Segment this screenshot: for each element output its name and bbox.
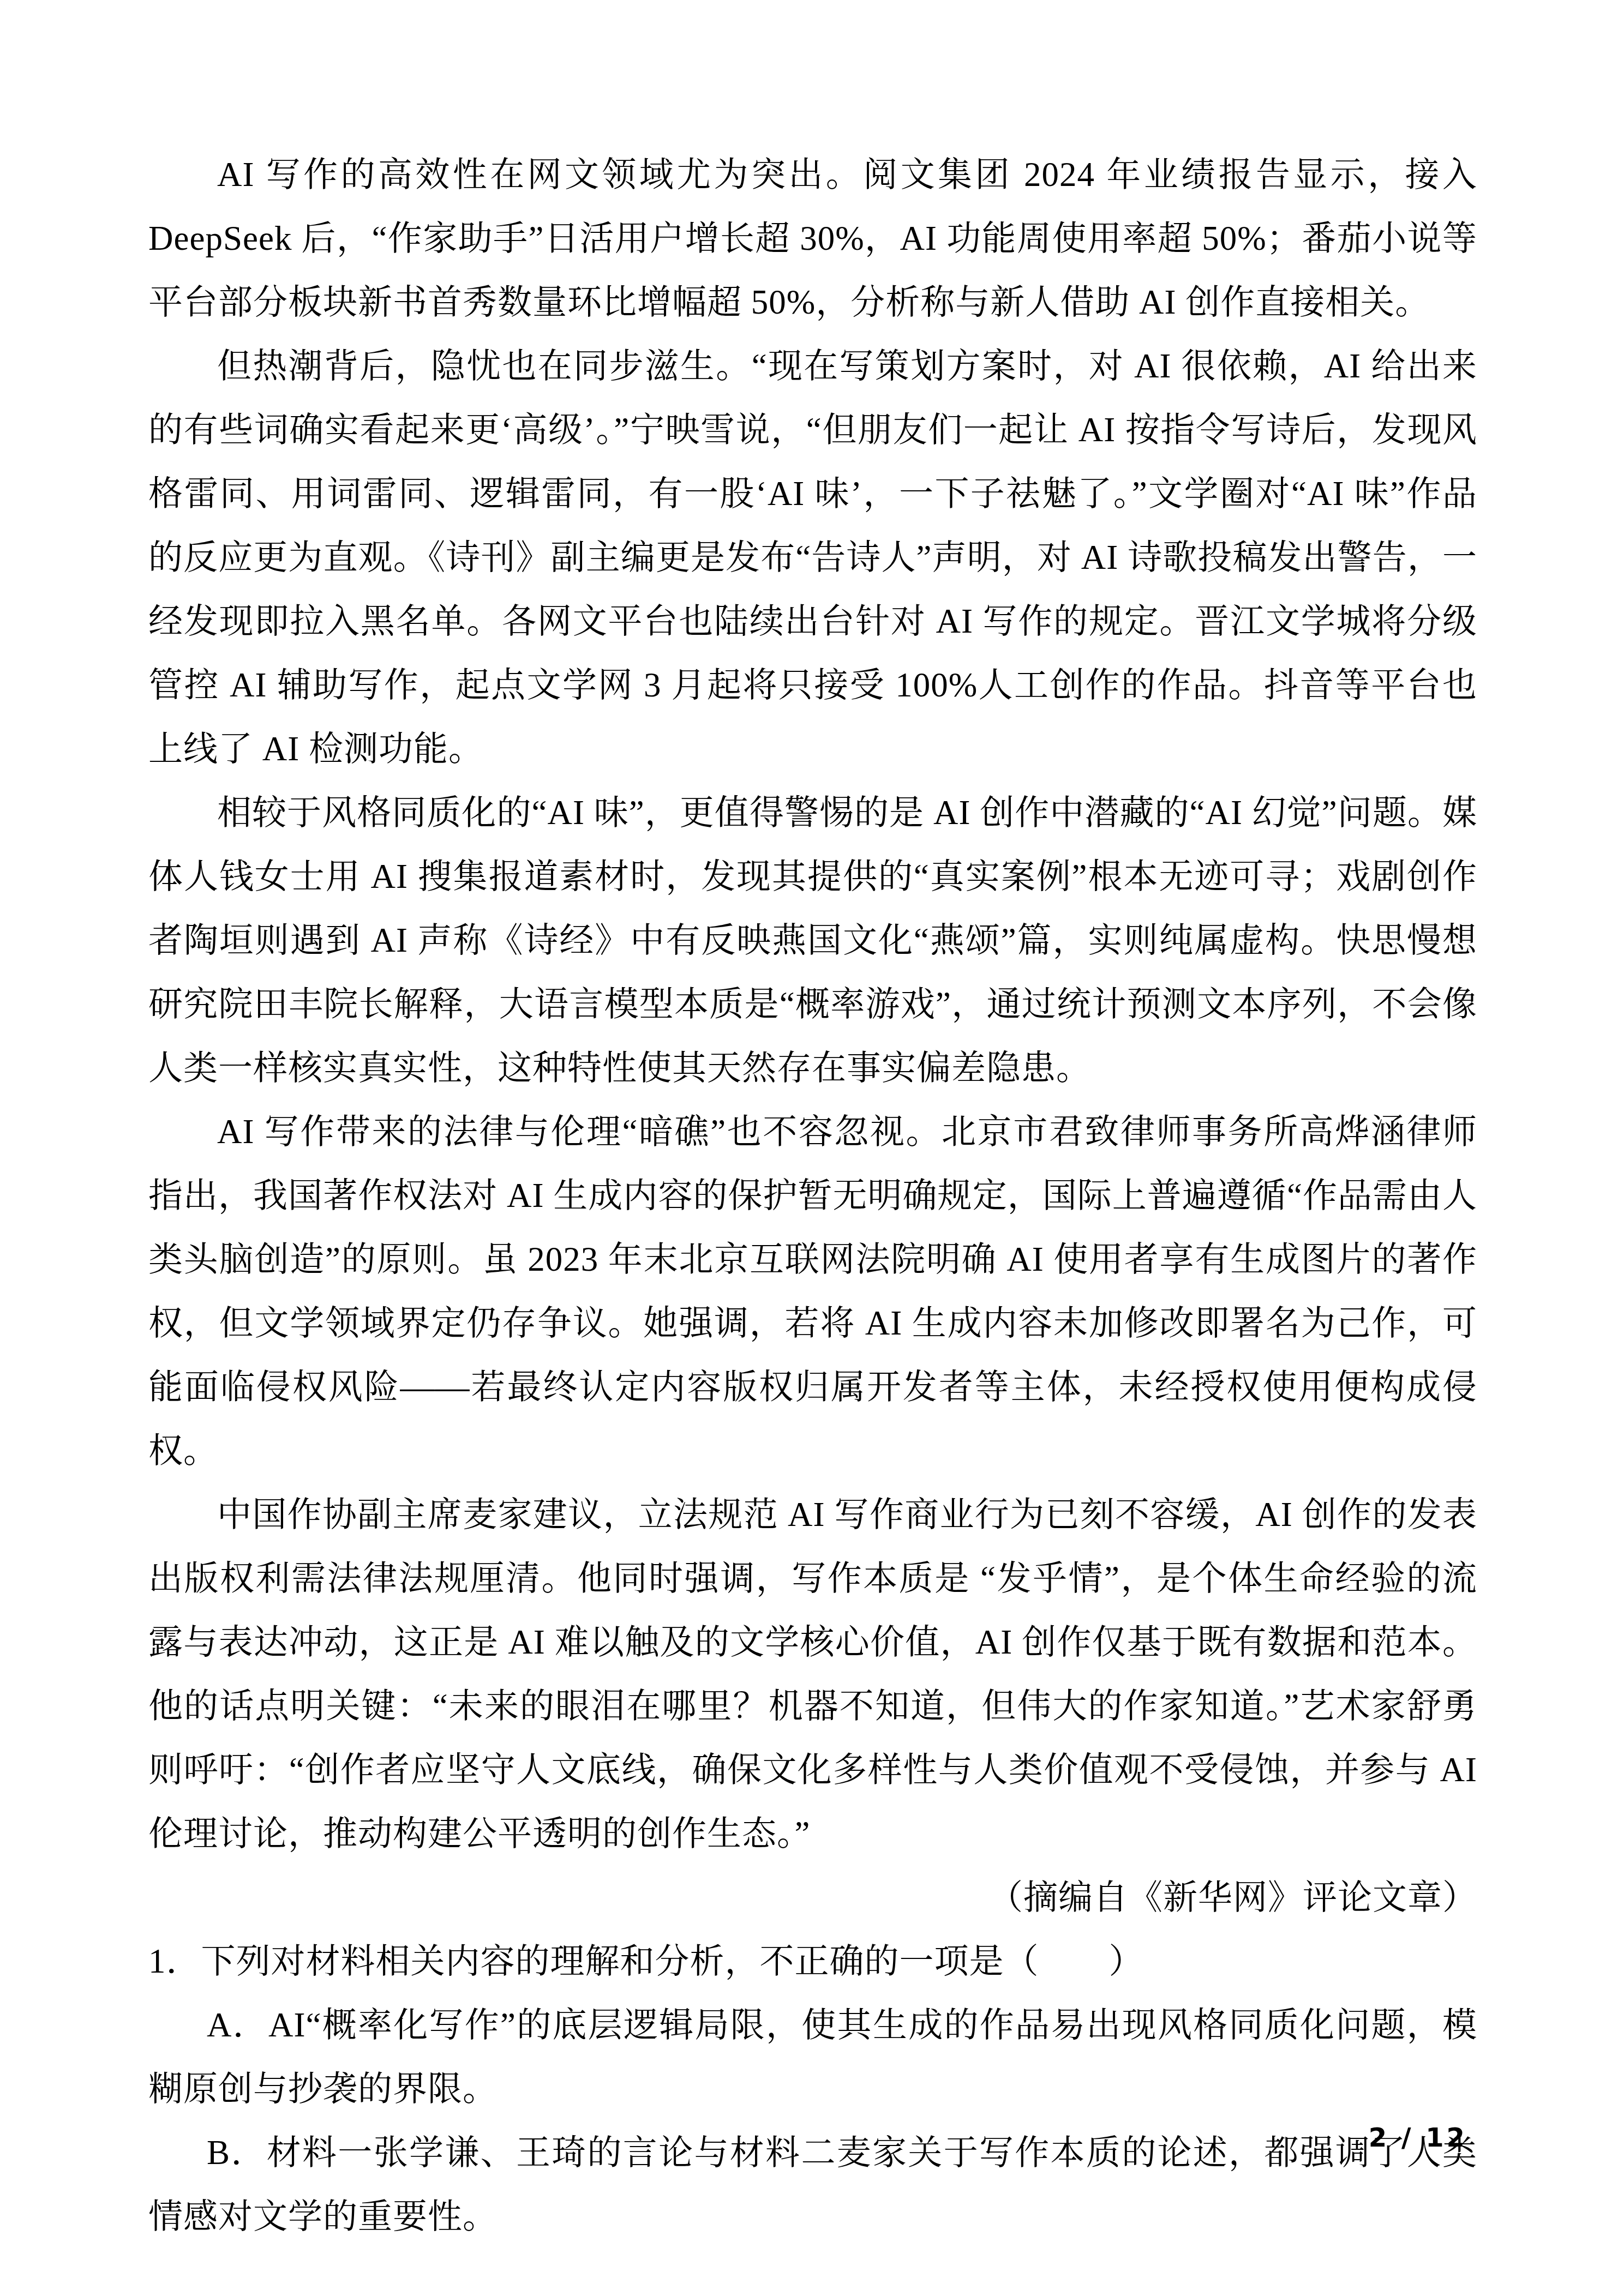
passage-paragraph-3: 相较于风格同质化的“AI 味”，更值得警惕的是 AI 创作中潜藏的“AI 幻觉”… [148,781,1477,1100]
passage-paragraph-2: 但热潮背后，隐忧也在同步滋生。“现在写策划方案时，对 AI 很依赖，AI 给出来… [148,334,1477,781]
source-attribution: （摘编自《新华网》评论文章） [148,1866,1477,1930]
question-1-stem: 1．下列对材料相关内容的理解和分析，不正确的一项是（ ） [148,1930,1477,1993]
question-1-option-b: B．材料一张学谦、王琦的言论与材料二麦家关于写作本质的论述，都强调了人类情感对文… [148,2121,1477,2249]
passage-paragraph-5: 中国作协副主席麦家建议，立法规范 AI 写作商业行为已刻不容缓，AI 创作的发表… [148,1483,1477,1866]
passage-paragraph-4: AI 写作带来的法律与伦理“暗礁”也不容忽视。北京市君致律师事务所高烨涵律师指出… [148,1100,1477,1483]
page-number-indicator: 2 / 12 [1369,2123,1467,2153]
document-page: AI 写作的高效性在网文领域尤为突出。阅文集团 2024 年业绩报告显示，接入 … [0,0,1624,2296]
question-1-option-a: A．AI“概率化写作”的底层逻辑局限，使其生成的作品易出现风格同质化问题，模糊原… [148,1993,1477,2121]
reading-passage: AI 写作的高效性在网文领域尤为突出。阅文集团 2024 年业绩报告显示，接入 … [148,143,1477,2249]
passage-paragraph-1: AI 写作的高效性在网文领域尤为突出。阅文集团 2024 年业绩报告显示，接入 … [148,143,1477,334]
